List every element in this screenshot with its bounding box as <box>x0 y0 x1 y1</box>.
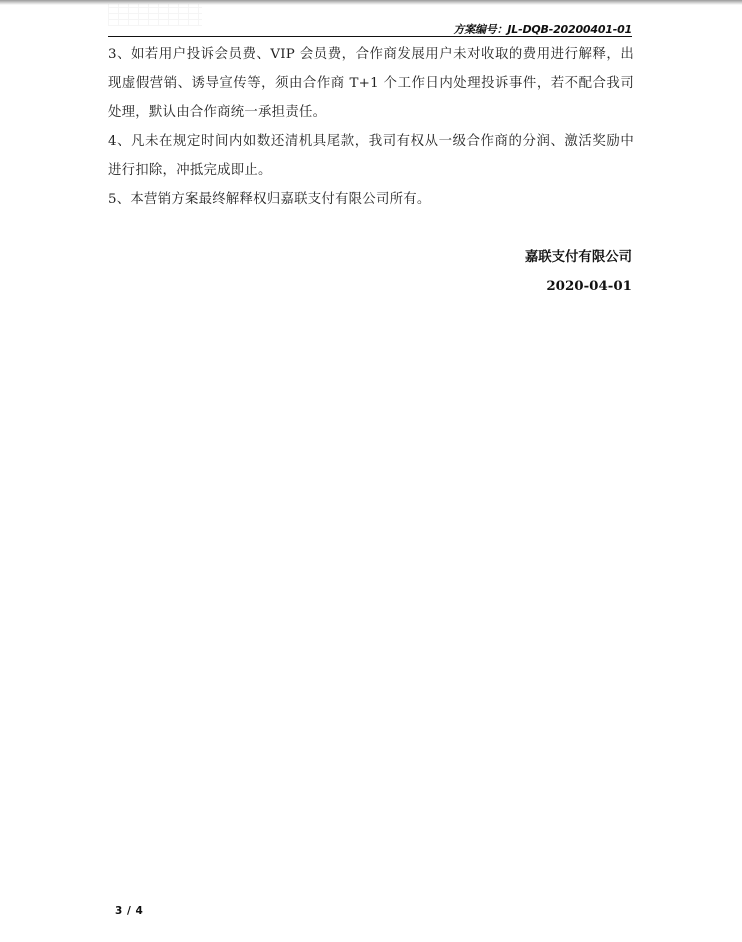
page-separator: / <box>127 905 131 917</box>
page-number: 3 / 4 <box>115 905 143 917</box>
clause-4: 4、凡未在规定时间内如数还清机具尾款，我司有权从一级合作商的分润、激活奖励中进行… <box>108 127 634 185</box>
page-current: 3 <box>115 905 123 917</box>
doc-number-value: JL-DQB-20200401-01 <box>507 23 632 36</box>
clause-5: 5、本营销方案最终解释权归嘉联支付有限公司所有。 <box>108 185 634 214</box>
signature-company: 嘉联支付有限公司 <box>525 243 632 272</box>
page-total: 4 <box>135 905 143 917</box>
signature-block: 嘉联支付有限公司 2020-04-01 <box>525 243 632 301</box>
signature-date: 2020-04-01 <box>525 272 632 301</box>
page-header: 方案编号：JL-DQB-20200401-01 <box>108 18 632 37</box>
doc-number-label: 方案编号： <box>453 23 507 36</box>
document-body: 3、如若用户投诉会员费、VIP 会员费，合作商发展用户未对收取的费用进行解释，出… <box>108 40 634 214</box>
clause-3: 3、如若用户投诉会员费、VIP 会员费，合作商发展用户未对收取的费用进行解释，出… <box>108 40 634 127</box>
